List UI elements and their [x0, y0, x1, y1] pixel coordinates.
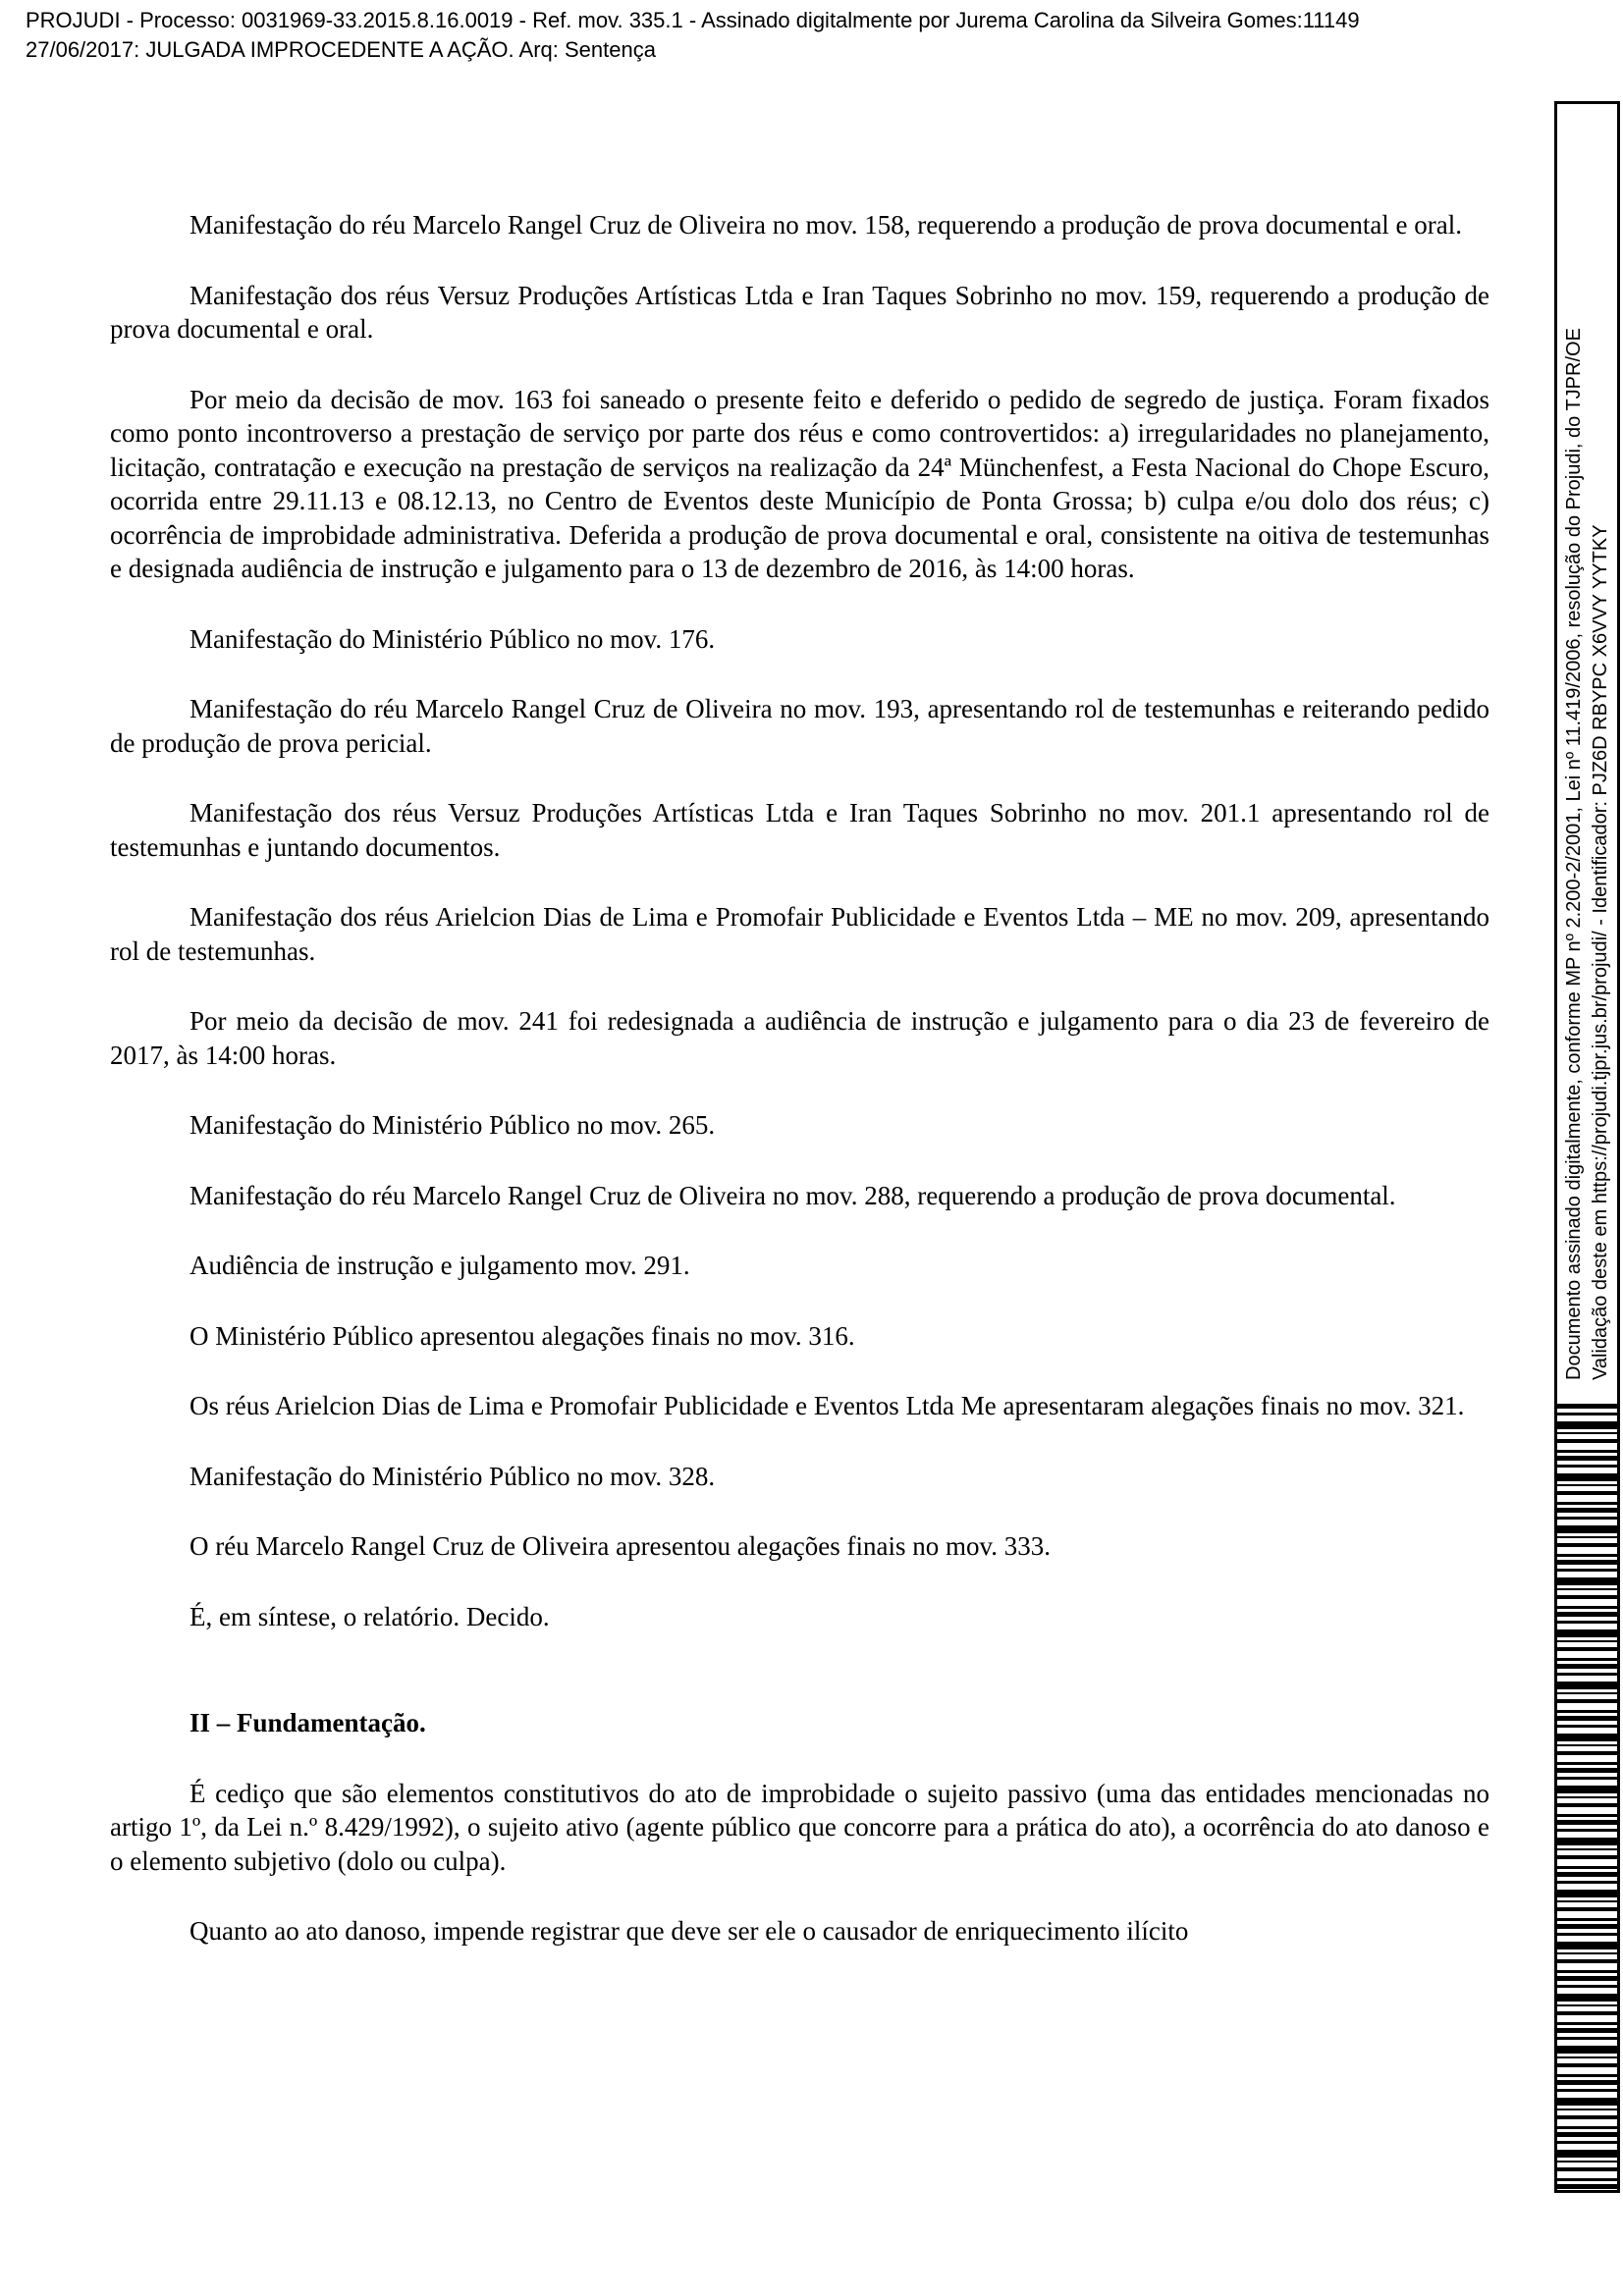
paragraph: Manifestação do Ministério Público no mo…	[110, 1460, 1489, 1494]
paragraph: Por meio da decisão de mov. 163 foi sane…	[110, 383, 1489, 586]
paragraph: É cediço que são elementos constitutivos…	[110, 1777, 1489, 1879]
paragraph: Manifestação do Ministério Público no mo…	[110, 1108, 1489, 1143]
paragraph: O Ministério Público apresentou alegaçõe…	[110, 1319, 1489, 1354]
barcode-icon	[1557, 1404, 1617, 2190]
sidebar-signature-line: Documento assinado digitalmente, conform…	[1561, 108, 1588, 1380]
paragraph: É, em síntese, o relatório. Decido.	[110, 1600, 1489, 1634]
paragraph: Manifestação do réu Marcelo Rangel Cruz …	[110, 208, 1489, 242]
paragraph: Por meio da decisão de mov. 241 foi rede…	[110, 1004, 1489, 1072]
paragraph: Manifestação dos réus Versuz Produções A…	[110, 279, 1489, 347]
paragraph: O réu Marcelo Rangel Cruz de Oliveira ap…	[110, 1529, 1489, 1564]
document-page: PROJUDI - Processo: 0031969-33.2015.8.16…	[0, 0, 1623, 2296]
sidebar-validation-line: Validação deste em https://projudi.tjpr.…	[1588, 108, 1614, 1380]
paragraph: Manifestação dos réus Versuz Produções A…	[110, 796, 1489, 864]
sentence-body: Manifestação do réu Marcelo Rangel Cruz …	[110, 208, 1489, 1985]
header-judgment-line: 27/06/2017: JULGADA IMPROCEDENTE A AÇÃO.…	[26, 35, 1360, 65]
paragraph: Os réus Arielcion Dias de Lima e Promofa…	[110, 1389, 1489, 1423]
section-heading-fundamentacao: II – Fundamentação.	[110, 1706, 1489, 1740]
paragraph: Quanto ao ato danoso, impende registrar …	[110, 1914, 1489, 1949]
header-process-line: PROJUDI - Processo: 0031969-33.2015.8.16…	[26, 6, 1360, 35]
paragraph: Manifestação do réu Marcelo Rangel Cruz …	[110, 1179, 1489, 1213]
paragraph: Manifestação do Ministério Público no mo…	[110, 622, 1489, 657]
paragraph: Manifestação do réu Marcelo Rangel Cruz …	[110, 692, 1489, 760]
paragraph: Manifestação dos réus Arielcion Dias de …	[110, 900, 1489, 968]
sidebar-rotated-text: Documento assinado digitalmente, conform…	[1561, 108, 1616, 1380]
paragraph: Audiência de instrução e julgamento mov.…	[110, 1249, 1489, 1283]
projudi-header: PROJUDI - Processo: 0031969-33.2015.8.16…	[26, 6, 1360, 65]
